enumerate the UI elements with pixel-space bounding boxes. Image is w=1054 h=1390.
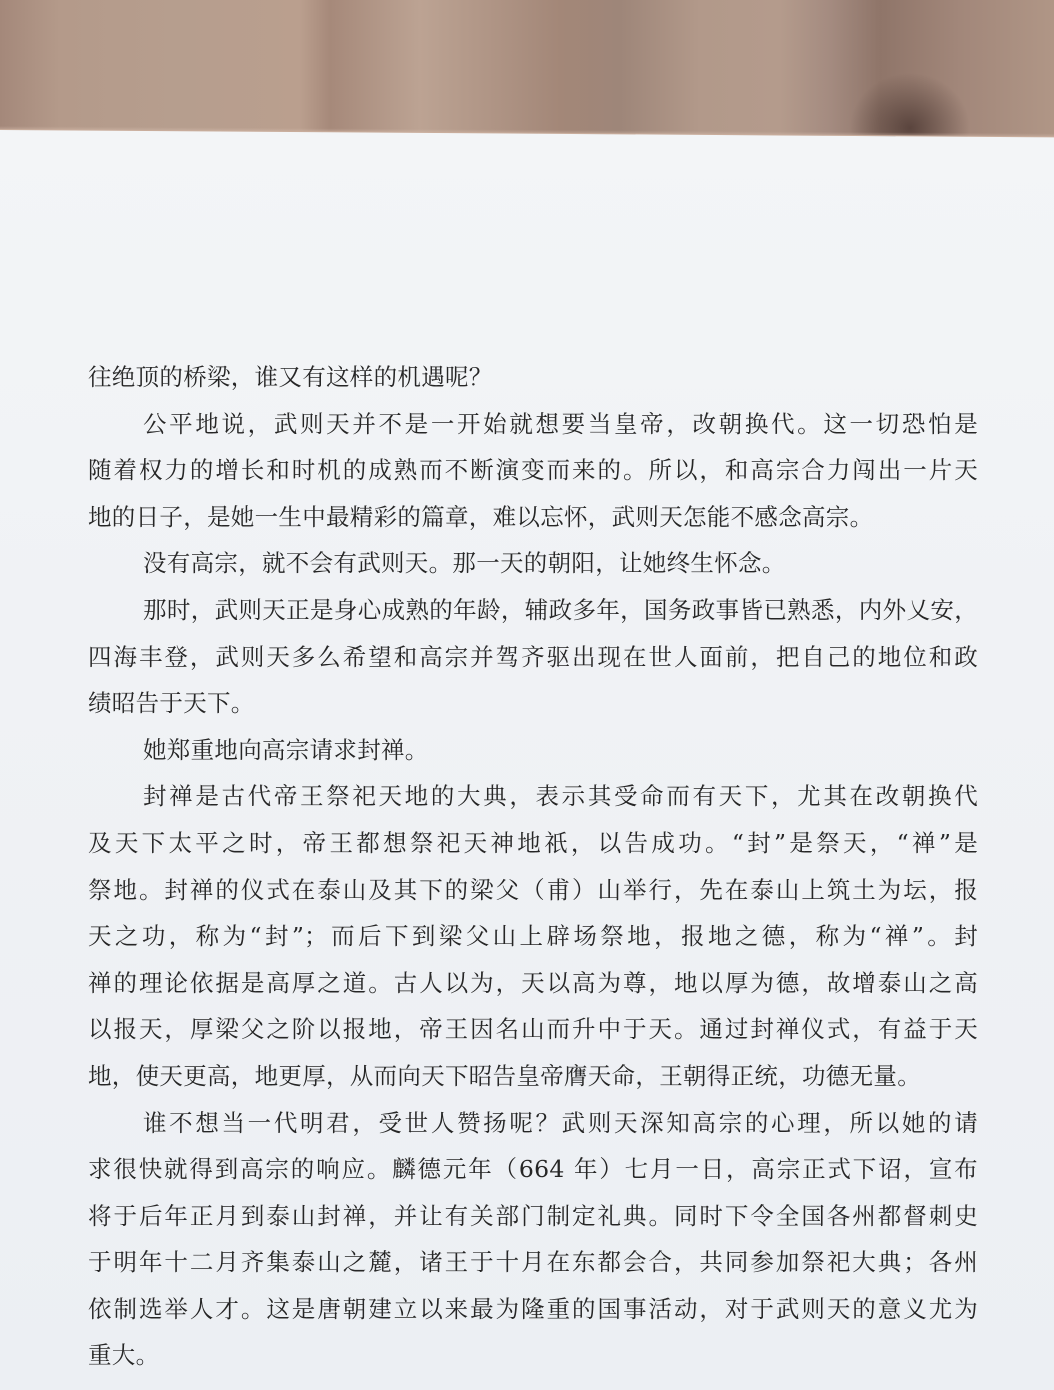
text-line: 依制选举人才。这是唐朝建立以来最为隆重的国事活动，对于武则天的意义尤为 [88, 1286, 978, 1333]
text-line: 没有高宗，就不会有武则天。那一天的朝阳，让她终生怀念。 [88, 540, 978, 587]
text-line: 绩昭告于天下。 [88, 680, 978, 727]
text-line: 封禅是古代帝王祭祀天地的大典，表示其受命而有天下，尤其在改朝换代 [88, 773, 978, 820]
text-line: 随着权力的增长和时机的成熟而不断演变而来的。所以，和高宗合力闯出一片天 [88, 447, 978, 494]
text-line: 公平地说，武则天并不是一开始就想要当皇帝，改朝换代。这一切恐怕是 [88, 401, 978, 448]
text-line: 她郑重地向高宗请求封禅。 [88, 727, 978, 774]
text-line: 那时，武则天正是身心成熟的年龄，辅政多年，国务政事皆已熟悉，内外乂安， [88, 587, 978, 634]
text-line: 谁不想当一代明君，受世人赞扬呢？武则天深知高宗的心理，所以她的请 [88, 1100, 978, 1147]
text-line: 禅的理论依据是高厚之道。古人以为，天以高为尊，地以厚为德，故增泰山之高 [88, 960, 978, 1007]
text-line: 及天下太平之时，帝王都想祭祀天神地祇，以告成功。“封”是祭天，“禅”是 [88, 820, 978, 867]
text-line: 于明年十二月齐集泰山之麓，诸王于十月在东都会合，共同参加祭祀大典；各州 [88, 1239, 978, 1286]
text-line: 以报天，厚梁父之阶以报地，帝王因名山而升中于天。通过封禅仪式，有益于天 [88, 1006, 978, 1053]
text-line: 天之功，称为“封”；而后下到梁父山上辟场祭地，报地之德，称为“禅”。封 [88, 913, 978, 960]
body-text: 往绝顶的桥梁，谁又有这样的机遇呢？ 公平地说，武则天并不是一开始就想要当皇帝，改… [88, 354, 978, 1379]
text-line: 重大。 [88, 1332, 978, 1379]
text-line: 往绝顶的桥梁，谁又有这样的机遇呢？ [88, 354, 978, 401]
text-line: 求很快就得到高宗的响应。麟德元年（664 年）七月一日，高宗正式下诏，宣布 [88, 1146, 978, 1193]
text-line: 祭地。封禅的仪式在泰山及其下的梁父（甫）山举行，先在泰山上筑土为坛，报 [88, 867, 978, 914]
text-line: 将于后年正月到泰山封禅，并让有关部门制定礼典。同时下令全国各州都督刺史 [88, 1193, 978, 1240]
text-line: 地的日子，是她一生中最精彩的篇章，难以忘怀，武则天怎能不感念高宗。 [88, 494, 978, 541]
blurred-background [0, 0, 1054, 140]
text-line: 地，使天更高，地更厚，从而向天下昭告皇帝膺天命，王朝得正统，功德无量。 [88, 1053, 978, 1100]
text-line: 四海丰登，武则天多么希望和高宗并驾齐驱出现在世人面前，把自己的地位和政 [88, 634, 978, 681]
